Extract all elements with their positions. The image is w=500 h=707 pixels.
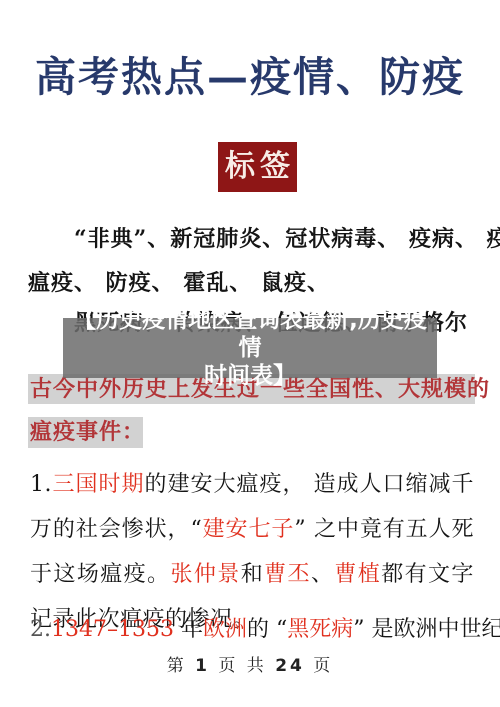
- document-page: 高考热点—疫情、防疫 标签 “非典”、新冠肺炎、冠状病毒、 疫病、 疫情、 瘟疫…: [0, 0, 500, 707]
- tag-list-line-2: 瘟疫、 防疫、 霍乱、 鼠疫、: [28, 266, 330, 297]
- section-heading-band-2: 瘟疫事件：: [28, 417, 143, 448]
- tag-list-line-1: “非典”、新冠肺炎、冠状病毒、 疫病、 疫情、: [74, 222, 500, 253]
- tag-label-box: 标签: [218, 142, 297, 192]
- watermark-overlay: 【历史疫情地区查询表最新,历史疫情 时间表】: [63, 318, 437, 378]
- list-item-2: 2.1347–1353 年欧洲的 “黑死病” 是欧洲中世纪的大瘟: [30, 607, 474, 652]
- page-title: 高考热点—疫情、防疫: [0, 44, 500, 103]
- watermark-line-2: 时间表】: [63, 362, 437, 390]
- page-number-footer: 第 1 页 共 24 页: [0, 651, 500, 676]
- watermark-line-1: 【历史疫情地区查询表最新,历史疫情: [63, 306, 437, 362]
